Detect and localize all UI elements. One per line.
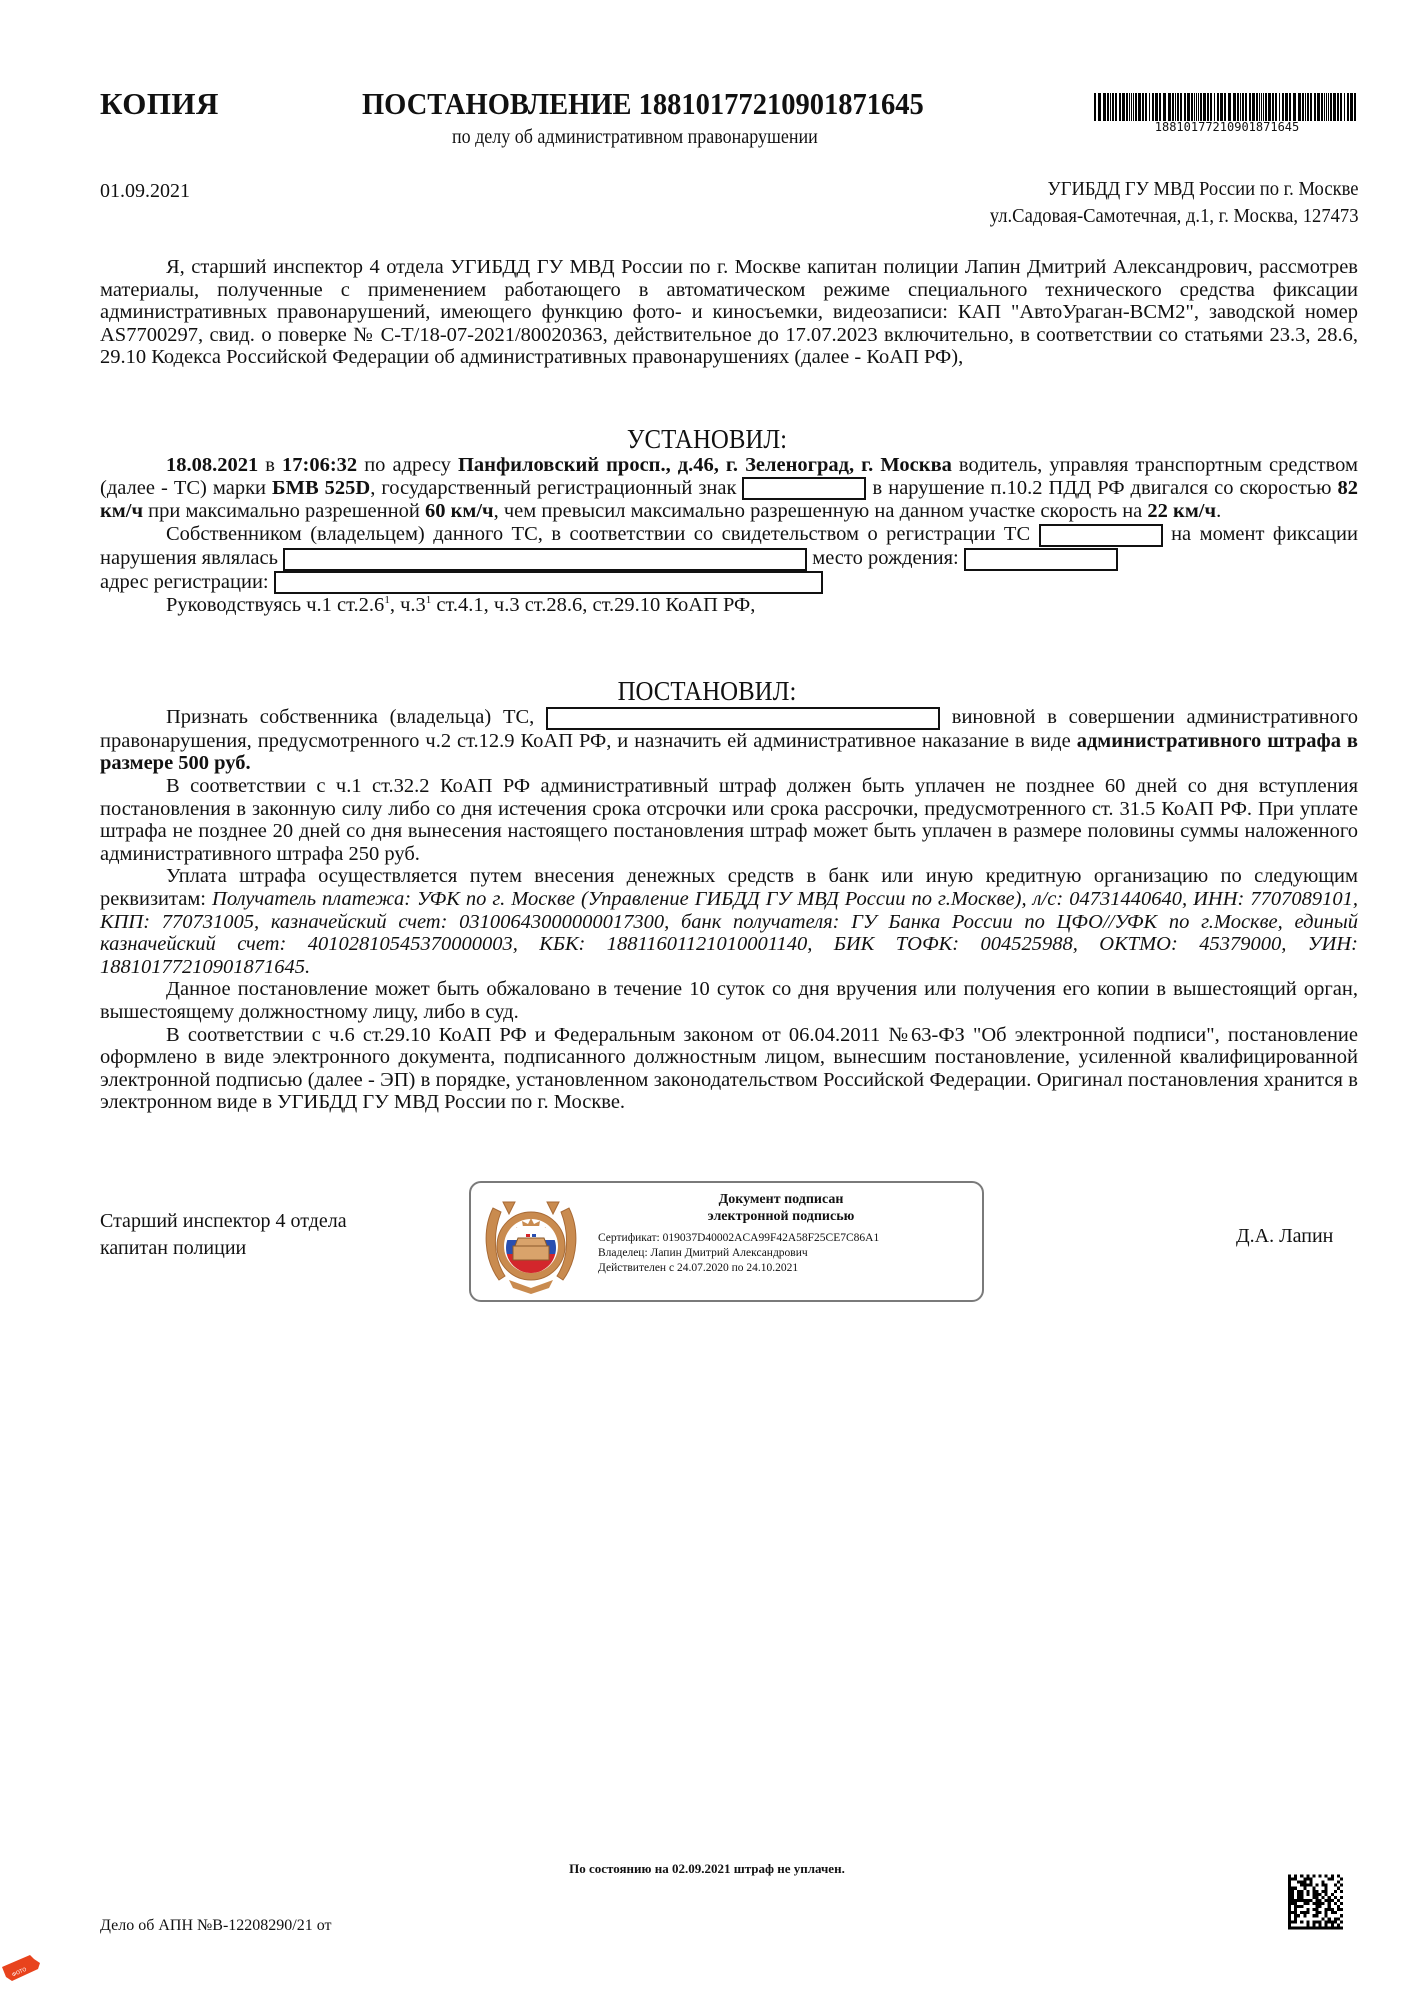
watermark-sticker-icon: ФОТО	[0, 1953, 42, 1983]
certificate-owner: Владелец: Лапин Дмитрий Александрович	[598, 1246, 879, 1261]
guided-by-line: Руководствуясь ч.1 ст.2.61, ч.31 ст.4.1,…	[100, 594, 1358, 617]
document-title: ПОСТАНОВЛЕНИЕ 18810177210901871645	[362, 86, 924, 122]
barcode-number: 18810177210901871645	[1094, 120, 1360, 134]
gibdd-emblem-icon	[479, 1188, 583, 1296]
appeal-paragraph: Данное постановление может быть обжалова…	[100, 978, 1358, 1023]
document-date: 01.09.2021	[100, 180, 190, 203]
authority-name: УГИБДД ГУ МВД России по г. Москве	[990, 176, 1359, 203]
violation-time: 17:06:32	[282, 454, 357, 476]
redacted-owner-name	[283, 548, 807, 571]
established-heading: УСТАНОВИЛ:	[57, 424, 1358, 455]
intro-text: Я, старший инспектор 4 отдела УГИБДД ГУ …	[100, 256, 1358, 369]
payment-status: По состоянию на 02.09.2021 штраф не упла…	[0, 1861, 1414, 1877]
violation-address: Панфиловский просп., д.46, г. Зеленоград…	[458, 454, 952, 476]
stamp-details: Сертификат: 019037D40002ACA99F42A58F25CE…	[598, 1231, 879, 1276]
signer-position-line1: Старший инспектор 4 отдела	[100, 1208, 347, 1235]
owner-paragraph: Собственником (владельцем) данного ТС, в…	[100, 523, 1358, 571]
issuing-authority: УГИБДД ГУ МВД России по г. Москве ул.Сад…	[990, 176, 1359, 230]
barcode-icon	[1094, 93, 1360, 121]
authority-address: ул.Садовая-Самотечная, д.1, г. Москва, 1…	[990, 203, 1359, 230]
datamatrix-code-icon	[1288, 1873, 1343, 1931]
established-section: 18.08.2021 в 17:06:32 по адресу Панфилов…	[100, 454, 1358, 617]
document-subtitle: по делу об административном правонарушен…	[452, 126, 818, 149]
certificate-validity: Действителен с 24.07.2020 по 24.10.2021	[598, 1261, 879, 1276]
decided-section: Признать собственника (владельца) ТС, ви…	[100, 706, 1358, 1114]
copy-label: КОПИЯ	[100, 86, 219, 122]
speed-excess: 22 км/ч	[1147, 500, 1216, 522]
payment-details-paragraph: Уплата штрафа осуществляется путем внесе…	[100, 865, 1358, 978]
decided-heading: ПОСТАНОВИЛ:	[57, 676, 1358, 707]
electronic-signature-stamp: Документ подписан электронной подписью С…	[469, 1181, 984, 1302]
redacted-owner-name-2	[546, 707, 940, 730]
violation-date: 18.08.2021	[166, 454, 258, 476]
signer-position: Старший инспектор 4 отдела капитан полиц…	[100, 1208, 347, 1262]
signer-name: Д.А. Лапин	[1236, 1225, 1333, 1248]
penalty-paragraph: Признать собственника (владельца) ТС, ви…	[100, 706, 1358, 775]
vehicle-model: БМВ 525D	[272, 477, 370, 499]
signer-position-line2: капитан полиции	[100, 1235, 347, 1262]
redacted-registration-address	[274, 571, 823, 594]
redacted-birthplace	[964, 548, 1118, 571]
electronic-signature-paragraph: В соответствии с ч.6 ст.29.10 КоАП РФ и …	[100, 1024, 1358, 1114]
stamp-title: Документ подписан электронной подписью	[591, 1191, 971, 1225]
case-number: Дело об АПН №В-12208290/21 от	[100, 1917, 332, 1935]
violation-paragraph: 18.08.2021 в 17:06:32 по адресу Панфилов…	[100, 454, 1358, 523]
speed-limit: 60 км/ч	[425, 500, 494, 522]
payment-deadline-paragraph: В соответствии с ч.1 ст.32.2 КоАП РФ адм…	[100, 775, 1358, 865]
redacted-registration-certificate	[1039, 524, 1163, 547]
payment-requisites: Получатель платежа: УФК по г. Москве (Уп…	[100, 888, 1358, 978]
redacted-plate	[742, 477, 866, 500]
intro-paragraph: Я, старший инспектор 4 отдела УГИБДД ГУ …	[100, 256, 1358, 369]
registration-address-line: адрес регистрации:	[100, 571, 1358, 595]
certificate-number: Сертификат: 019037D40002ACA99F42A58F25CE…	[598, 1231, 879, 1246]
